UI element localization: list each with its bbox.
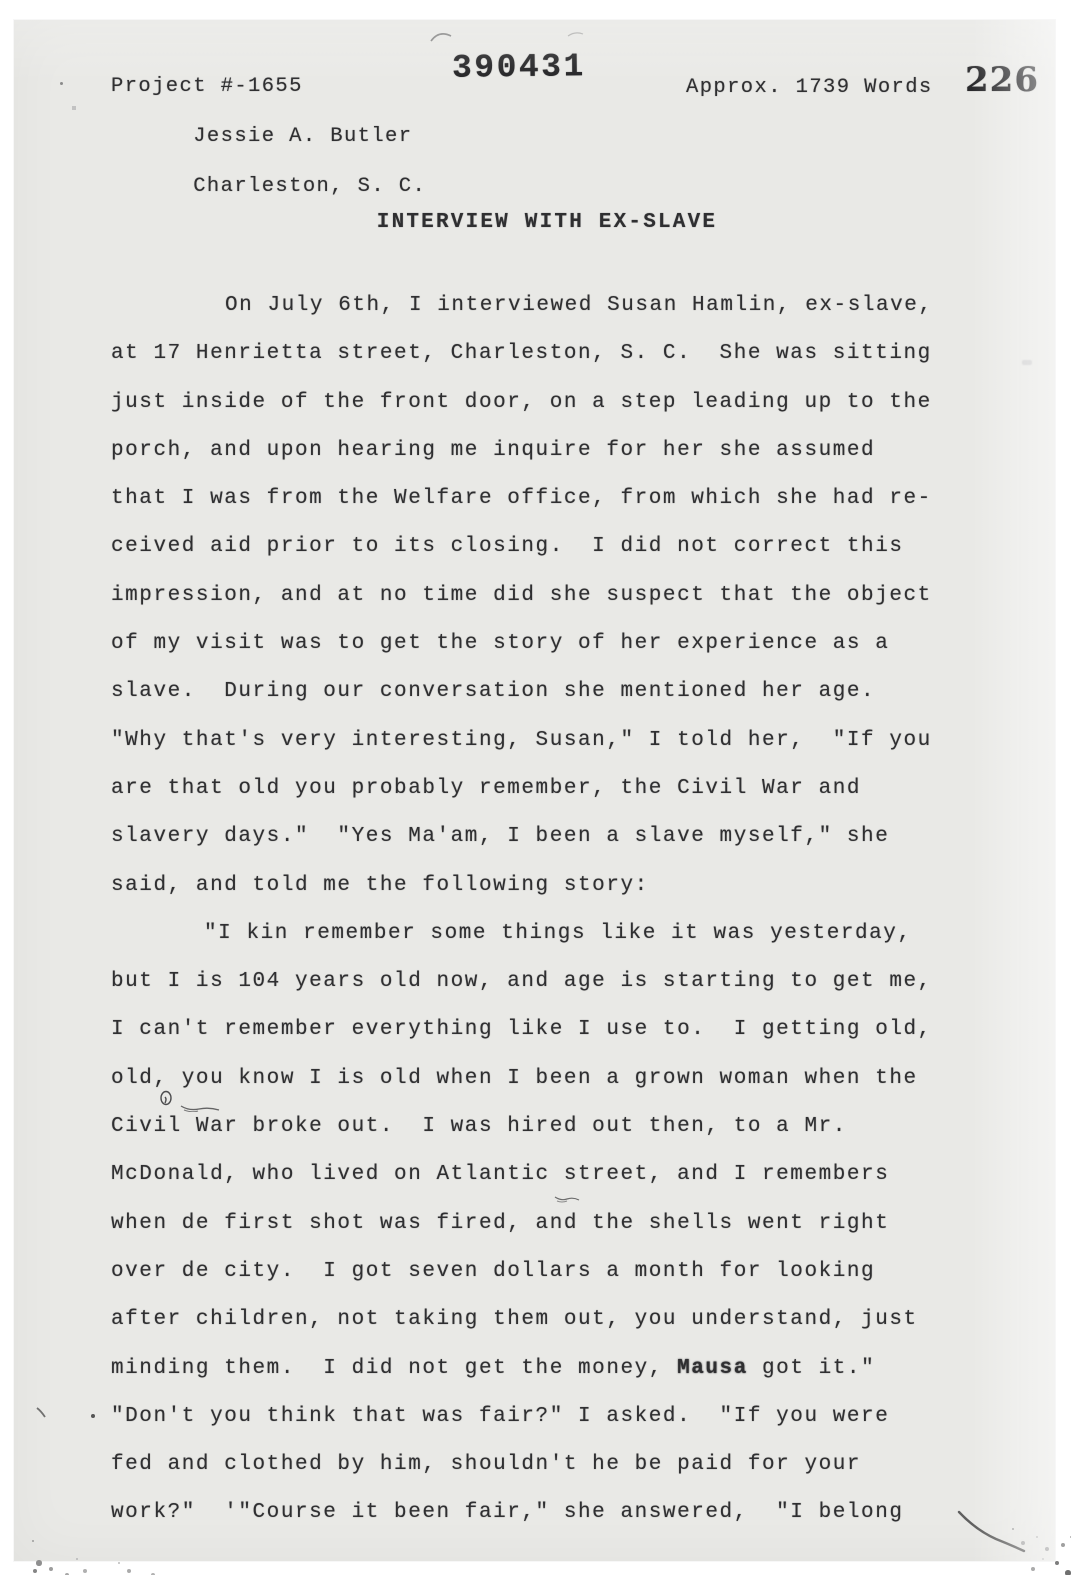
body-line: "Don't you think that was fair?" I asked… xyxy=(111,1393,997,1441)
caret-pencil-mark xyxy=(429,28,455,44)
body-line: Civil War broke out. I was hired out the… xyxy=(111,1103,997,1151)
body-line: but I is 104 years old now, and age is s… xyxy=(111,958,997,1006)
body-line: impression, and at no time did she suspe… xyxy=(111,572,997,620)
body-line: slavery days." "Yes Ma'am, I been a slav… xyxy=(111,813,997,861)
body-line: ceived aid prior to its closing. I did n… xyxy=(111,523,997,571)
body-line: work?" '"Course it been fair," she answe… xyxy=(111,1489,997,1537)
body-line: On July 6th, I interviewed Susan Hamlin,… xyxy=(111,282,997,330)
header-author: Jessie A. Butler xyxy=(193,125,412,148)
margin-tick-mark xyxy=(34,1406,48,1420)
body-line: "I kin remember some things like it was … xyxy=(111,910,997,958)
body-line: slave. During our conversation she menti… xyxy=(111,668,997,716)
body-line: when de first shot was fired, and the sh… xyxy=(111,1200,997,1248)
body-line: porch, and upon hearing me inquire for h… xyxy=(111,427,997,475)
ink-speck xyxy=(60,82,63,85)
corner-noise-speckles xyxy=(1012,1528,1014,1530)
scanned-document-page: Project #-1655 Jessie A. Butler Charlest… xyxy=(0,0,1071,1575)
margin-dot-mark xyxy=(91,1414,95,1418)
tick-pencil-mark xyxy=(566,28,586,40)
body-line: of my visit was to get the story of her … xyxy=(111,620,997,668)
paper-sheet: Project #-1655 Jessie A. Butler Charlest… xyxy=(14,20,1055,1561)
body-line: after children, not taking them out, you… xyxy=(111,1296,997,1344)
header-project: Project #-1655 xyxy=(111,75,303,98)
document-body: On July 6th, I interviewed Susan Hamlin,… xyxy=(111,282,997,1538)
body-line: old, you know I is old when I been a gro… xyxy=(111,1055,997,1103)
body-line: fed and clothed by him, shouldn't he be … xyxy=(111,1441,997,1489)
smudge-mark xyxy=(1022,360,1032,365)
page-number: 226 xyxy=(965,60,1039,100)
word-count-label: Approx. 1739 Words xyxy=(686,76,933,99)
body-line: "Why that's very interesting, Susan," I … xyxy=(111,717,997,765)
ink-speck xyxy=(72,106,76,110)
document-title: INTERVIEW WITH EX-SLAVE xyxy=(111,211,983,234)
body-line: just inside of the front door, on a step… xyxy=(111,379,997,427)
body-line: over de city. I got seven dollars a mont… xyxy=(111,1248,997,1296)
header-location: Charleston, S. C. xyxy=(193,175,426,198)
corner-noise-speckles xyxy=(32,1540,34,1542)
body-line: are that old you probably remember, the … xyxy=(111,765,997,813)
header-block: Project #-1655 Jessie A. Butler Charlest… xyxy=(111,74,426,224)
serial-number-stamp: 390431 xyxy=(452,48,586,86)
body-line: that I was from the Welfare office, from… xyxy=(111,475,997,523)
body-line: at 17 Henrietta street, Charleston, S. C… xyxy=(111,330,997,378)
body-line: minding them. I did not get the money, M… xyxy=(111,1345,997,1393)
body-line: said, and told me the following story: xyxy=(111,862,997,910)
body-line: McDonald, who lived on Atlantic street, … xyxy=(111,1151,997,1199)
body-line: I can't remember everything like I use t… xyxy=(111,1006,997,1054)
